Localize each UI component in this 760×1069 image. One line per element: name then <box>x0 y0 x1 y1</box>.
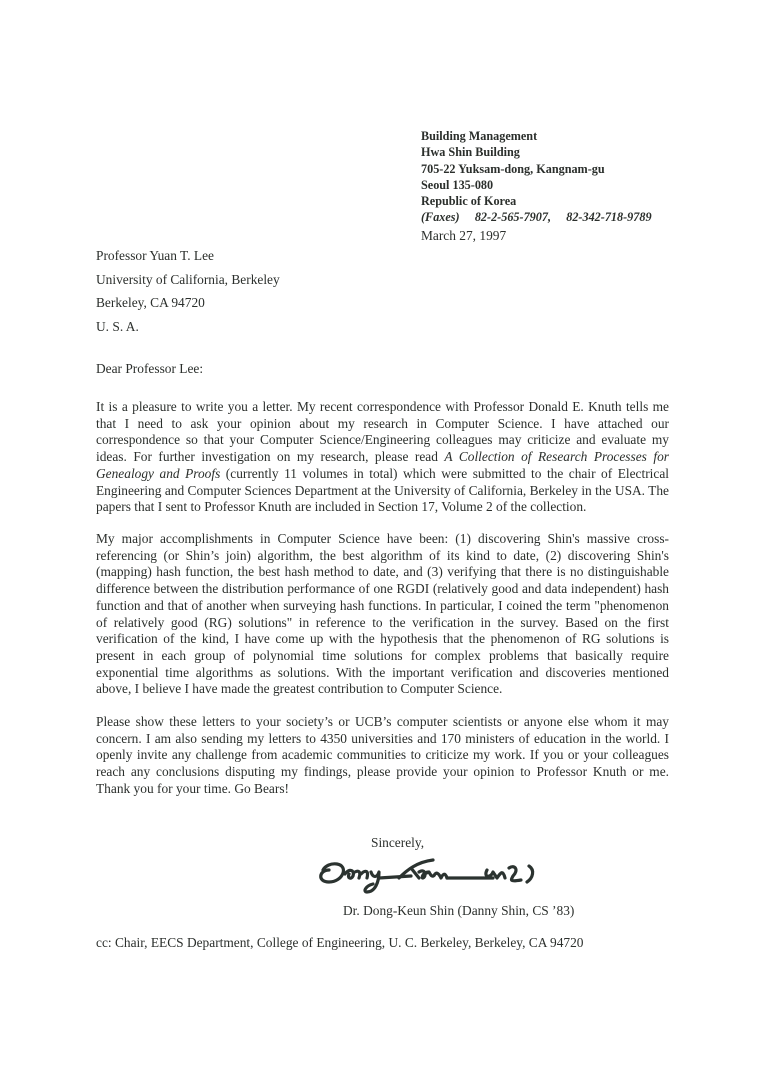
recipient-line: Professor Yuan T. Lee <box>96 244 280 268</box>
sender-line: Seoul 135-080 <box>421 177 652 193</box>
salutation: Dear Professor Lee: <box>96 361 203 377</box>
sender-line: 705-22 Yuksam-dong, Kangnam-gu <box>421 161 652 177</box>
letter-date: March 27, 1997 <box>421 228 506 244</box>
handwritten-signature-icon <box>315 848 545 898</box>
sender-line: Republic of Korea <box>421 193 652 209</box>
recipient-line: Berkeley, CA 94720 <box>96 291 280 315</box>
fax-number-2: 82-342-718-9789 <box>566 209 651 225</box>
fax-numbers: (Faxes) 82-2-565-7907, 82-342-718-9789 <box>421 209 652 225</box>
signer-name: Dr. Dong-Keun Shin (Danny Shin, CS ’83) <box>343 903 574 919</box>
fax-label: (Faxes) <box>421 209 460 225</box>
sender-line: Hwa Shin Building <box>421 144 652 160</box>
paragraph-intro: It is a pleasure to write you a letter. … <box>96 399 669 516</box>
recipient-line: University of California, Berkeley <box>96 268 280 292</box>
carbon-copy-line: cc: Chair, EECS Department, College of E… <box>96 935 583 951</box>
paragraph-accomplishments: My major accomplishments in Computer Sci… <box>96 531 669 698</box>
sender-line: Building Management <box>421 128 652 144</box>
recipient-line: U. S. A. <box>96 315 280 339</box>
paragraph-request: Please show these letters to your societ… <box>96 714 669 798</box>
sender-address-block: Building Management Hwa Shin Building 70… <box>421 128 652 226</box>
fax-number-1: 82-2-565-7907, <box>475 209 551 225</box>
recipient-address-block: Professor Yuan T. Lee University of Cali… <box>96 244 280 338</box>
